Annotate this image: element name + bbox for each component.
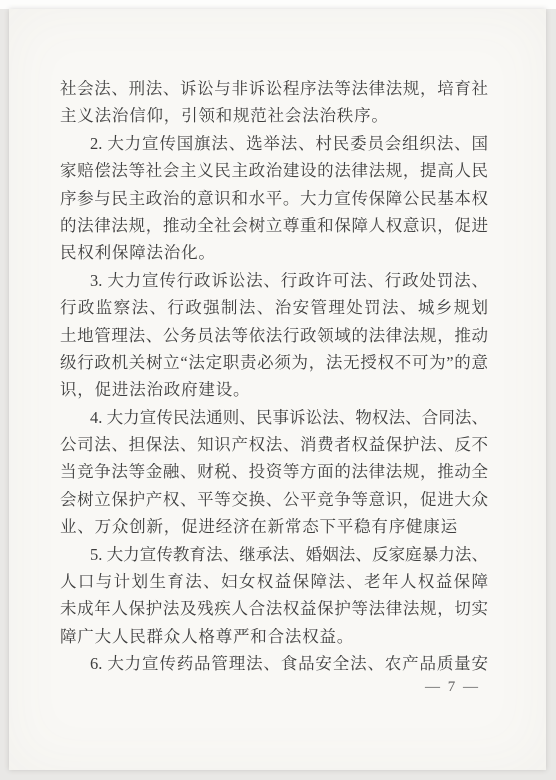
text-line: 的法律法规，推动全社会树立尊重和保障人权意识，促进公	[60, 212, 488, 239]
document-body: 社会法、刑法、诉讼与非诉讼程序法等法律法规，培育社会主义法治信仰，引领和规范社会…	[60, 75, 488, 678]
text-line: 家赔偿法等社会主义民主政治建设的法律法规，提高人民有	[60, 157, 488, 184]
text-line: 民权利保障法治化。	[60, 239, 488, 266]
text-line: 业、万众创新，促进经济在新常态下平稳有序健康运行。	[60, 513, 488, 540]
text-line: 识，促进法治政府建设。	[60, 376, 488, 403]
text-line: 5. 大力宣传教育法、继承法、婚姻法、反家庭暴力法、	[60, 541, 488, 568]
page-number: — 7 —	[425, 679, 480, 695]
text-line: 当竞争法等金融、财税、投资等方面的法律法规，推动全社	[60, 458, 488, 485]
document-page: 社会法、刑法、诉讼与非诉讼程序法等法律法规，培育社会主义法治信仰，引领和规范社会…	[9, 9, 546, 770]
text-line: 障广大人民群众人格尊严和合法权益。	[60, 623, 488, 650]
text-line: 人口与计划生育法、妇女权益保障法、老年人权益保障法、	[60, 568, 488, 595]
text-line: 序参与民主政治的意识和水平。大力宣传保障公民基本权利	[60, 185, 488, 212]
text-line: 主义法治信仰，引领和规范社会法治秩序。	[60, 102, 488, 129]
text-line: 公司法、担保法、知识产权法、消费者权益保护法、反不正	[60, 431, 488, 458]
text-line: 社会法、刑法、诉讼与非诉讼程序法等法律法规，培育社会	[60, 75, 488, 102]
text-line: 2. 大力宣传国旗法、选举法、村民委员会组织法、国	[60, 130, 488, 157]
text-line: 级行政机关树立“法定职责必须为，法无授权不可为”的意	[60, 349, 488, 376]
text-line: 3. 大力宣传行政诉讼法、行政许可法、行政处罚法、	[60, 267, 488, 294]
text-line: 会树立保护产权、平等交换、公平竞争等意识，促进大众创	[60, 486, 488, 513]
text-line: 土地管理法、公务员法等依法行政领域的法律法规，推动各	[60, 322, 488, 349]
text-line: 未成年人保护法及残疾人合法权益保护等法律法规，切实保	[60, 595, 488, 622]
text-line: 6. 大力宣传药品管理法、食品安全法、农产品质量安	[60, 650, 488, 677]
text-line: 4. 大力宣传民法通则、民事诉讼法、物权法、合同法、	[60, 404, 488, 431]
text-line: 行政监察法、行政强制法、治安管理处罚法、城乡规划法、	[60, 294, 488, 321]
scanned-document-screenshot: 社会法、刑法、诉讼与非诉讼程序法等法律法规，培育社会主义法治信仰，引领和规范社会…	[0, 0, 556, 780]
